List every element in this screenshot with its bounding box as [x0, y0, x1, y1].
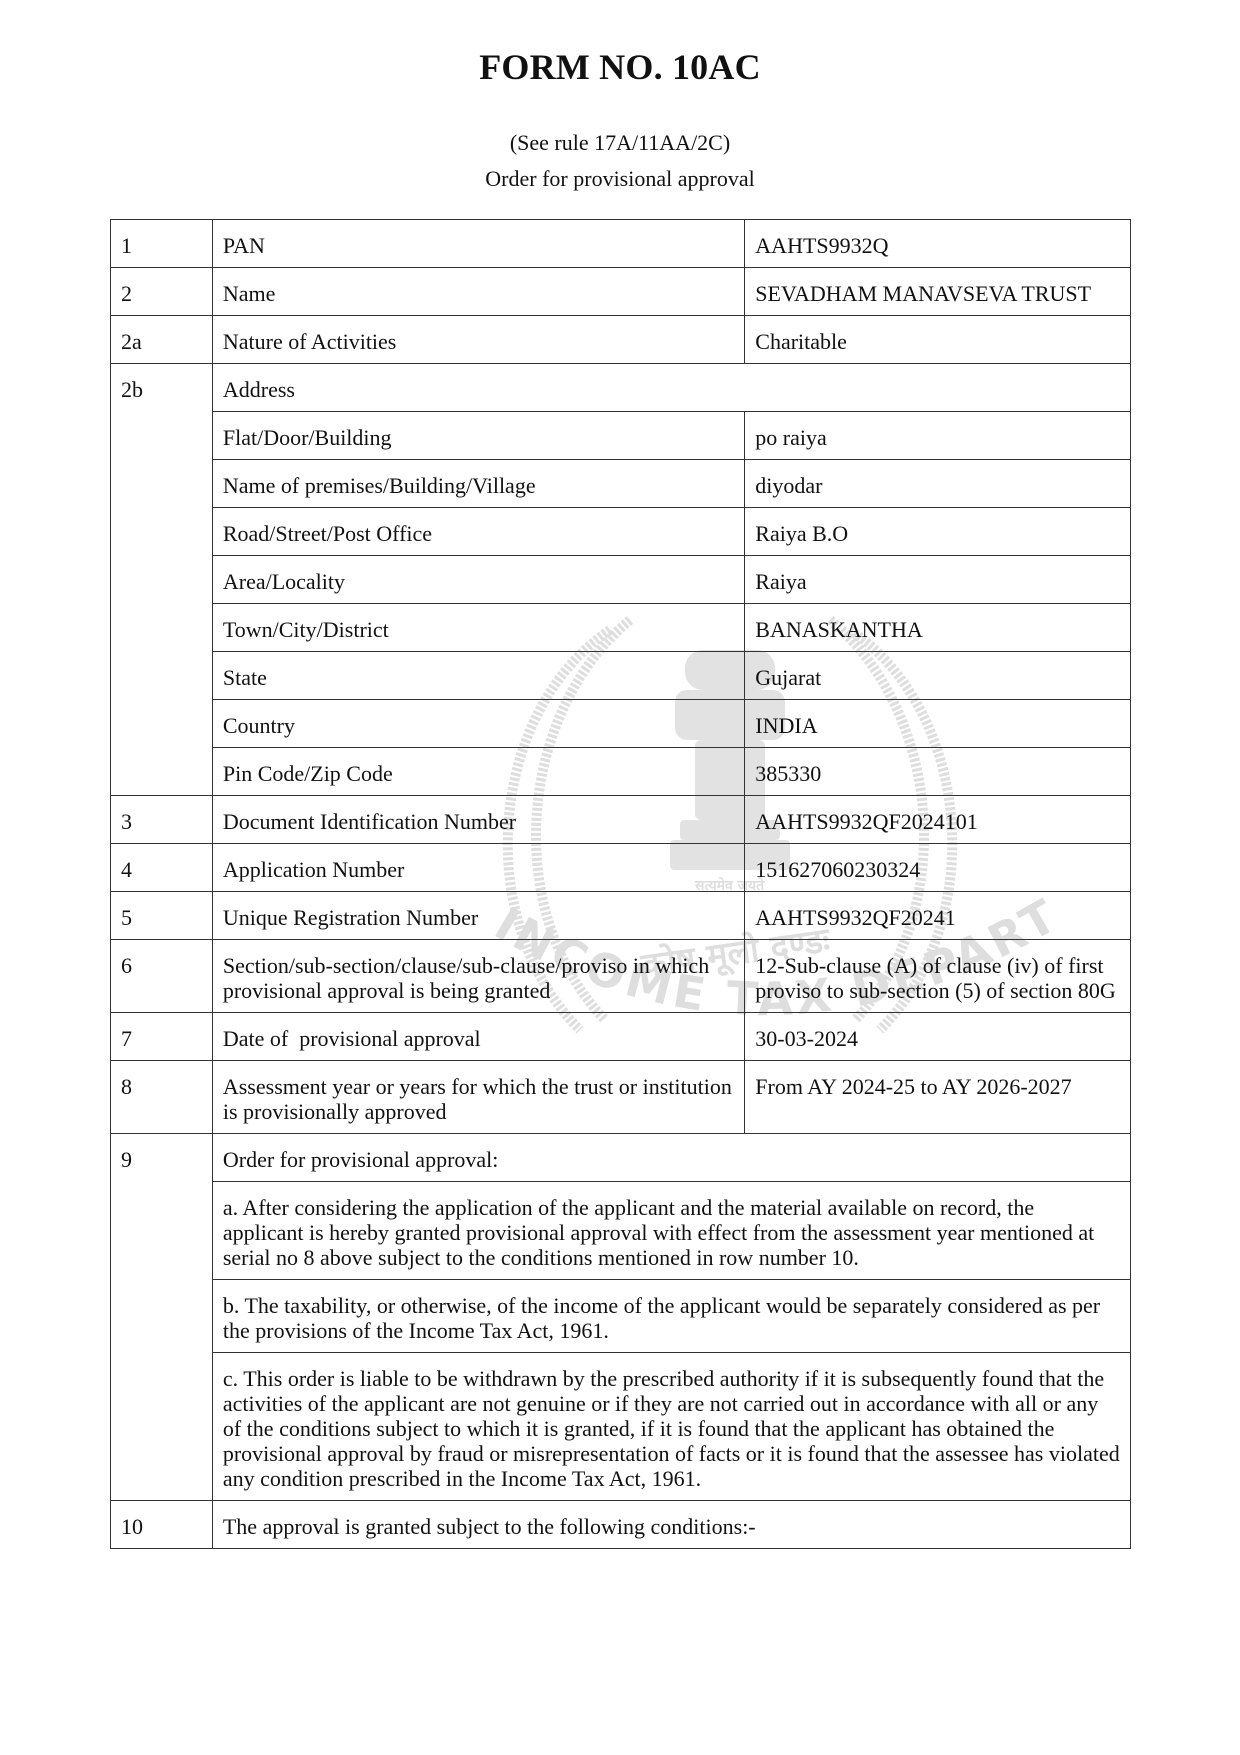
address-field-value: diyodar	[745, 460, 1131, 508]
address-field-label: Flat/Door/Building	[212, 412, 744, 460]
field-label: PAN	[212, 220, 744, 268]
field-label: Document Identification Number	[212, 796, 744, 844]
address-field-label: Name of premises/Building/Village	[212, 460, 744, 508]
table-row-address-header: 2b Address	[111, 364, 1131, 412]
field-label: Nature of Activities	[212, 316, 744, 364]
serial-number: 8	[111, 1061, 213, 1134]
table-row-approval-date: 7 Date of provisional approval 30-03-202…	[111, 1013, 1131, 1061]
name-value: SEVADHAM MANAVSEVA TRUST	[745, 268, 1131, 316]
table-row-document-id: 3 Document Identification Number AAHTS99…	[111, 796, 1131, 844]
field-label: Section/sub-section/clause/sub-clause/pr…	[212, 940, 744, 1013]
address-row: Flat/Door/Building po raiya	[111, 412, 1131, 460]
serial-number: 3	[111, 796, 213, 844]
table-row-conditions: 10 The approval is granted subject to th…	[111, 1501, 1131, 1549]
table-row-name: 2 Name SEVADHAM MANAVSEVA TRUST	[111, 268, 1131, 316]
address-field-label: Town/City/District	[212, 604, 744, 652]
table-row-section: 6 Section/sub-section/clause/sub-clause/…	[111, 940, 1131, 1013]
order-heading: Order for provisional approval:	[212, 1134, 1130, 1182]
pan-value: AAHTS9932Q	[745, 220, 1131, 268]
table-row-pan: 1 PAN AAHTS9932Q	[111, 220, 1131, 268]
document-id-value: AAHTS9932QF2024101	[745, 796, 1131, 844]
registration-number-value: AAHTS9932QF20241	[745, 892, 1131, 940]
field-label: Application Number	[212, 844, 744, 892]
order-paragraph-row: b. The taxability, or otherwise, of the …	[111, 1280, 1131, 1353]
serial-number: 10	[111, 1501, 213, 1549]
table-row-order-header: 9 Order for provisional approval:	[111, 1134, 1131, 1182]
form-subtitle: Order for provisional approval	[0, 166, 1240, 192]
address-field-label: Road/Street/Post Office	[212, 508, 744, 556]
address-row: Name of premises/Building/Village diyoda…	[111, 460, 1131, 508]
address-row: State Gujarat	[111, 652, 1131, 700]
address-row: Country INDIA	[111, 700, 1131, 748]
address-field-value: BANASKANTHA	[745, 604, 1131, 652]
address-field-label: Country	[212, 700, 744, 748]
serial-number: 4	[111, 844, 213, 892]
address-field-value: po raiya	[745, 412, 1131, 460]
approval-date-value: 30-03-2024	[745, 1013, 1131, 1061]
form-title: FORM NO. 10AC	[0, 46, 1240, 88]
serial-number: 2b	[111, 364, 213, 796]
address-field-value: Gujarat	[745, 652, 1131, 700]
nature-of-activities-value: Charitable	[745, 316, 1131, 364]
table-row-assessment-years: 8 Assessment year or years for which the…	[111, 1061, 1131, 1134]
serial-number: 5	[111, 892, 213, 940]
assessment-years-value: From AY 2024-25 to AY 2026-2027	[745, 1061, 1131, 1134]
address-heading: Address	[212, 364, 1130, 412]
address-row: Road/Street/Post Office Raiya B.O	[111, 508, 1131, 556]
order-paragraph-c: c. This order is liable to be withdrawn …	[212, 1353, 1130, 1501]
serial-number: 9	[111, 1134, 213, 1501]
address-row: Town/City/District BANASKANTHA	[111, 604, 1131, 652]
field-label: Unique Registration Number	[212, 892, 744, 940]
form-rule-reference: (See rule 17A/11AA/2C)	[0, 130, 1240, 156]
order-paragraph-b: b. The taxability, or otherwise, of the …	[212, 1280, 1130, 1353]
address-row: Pin Code/Zip Code 385330	[111, 748, 1131, 796]
section-value: 12-Sub-clause (A) of clause (iv) of firs…	[745, 940, 1131, 1013]
serial-number: 2	[111, 268, 213, 316]
address-field-value: Raiya	[745, 556, 1131, 604]
field-label: Name	[212, 268, 744, 316]
address-field-value: Raiya B.O	[745, 508, 1131, 556]
order-paragraph-row: a. After considering the application of …	[111, 1182, 1131, 1280]
order-paragraph-row: c. This order is liable to be withdrawn …	[111, 1353, 1131, 1501]
serial-number: 2a	[111, 316, 213, 364]
table-row-registration-number: 5 Unique Registration Number AAHTS9932QF…	[111, 892, 1131, 940]
application-number-value: 151627060230324	[745, 844, 1131, 892]
address-field-label: Pin Code/Zip Code	[212, 748, 744, 796]
address-field-value: INDIA	[745, 700, 1131, 748]
address-field-value: 385330	[745, 748, 1131, 796]
address-field-label: State	[212, 652, 744, 700]
approval-form-table: 1 PAN AAHTS9932Q 2 Name SEVADHAM MANAVSE…	[110, 219, 1131, 1549]
conditions-heading: The approval is granted subject to the f…	[212, 1501, 1130, 1549]
field-label: Assessment year or years for which the t…	[212, 1061, 744, 1134]
address-field-label: Area/Locality	[212, 556, 744, 604]
field-label: Date of provisional approval	[212, 1013, 744, 1061]
order-paragraph-a: a. After considering the application of …	[212, 1182, 1130, 1280]
serial-number: 1	[111, 220, 213, 268]
serial-number: 7	[111, 1013, 213, 1061]
address-row: Area/Locality Raiya	[111, 556, 1131, 604]
table-row-application-number: 4 Application Number 151627060230324	[111, 844, 1131, 892]
table-row-nature-of-activities: 2a Nature of Activities Charitable	[111, 316, 1131, 364]
serial-number: 6	[111, 940, 213, 1013]
